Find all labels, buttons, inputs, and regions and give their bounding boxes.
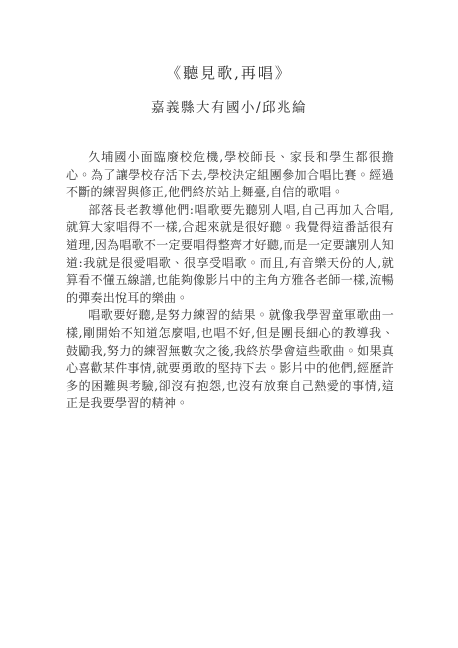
paragraph: 部落長老教導他們:唱歌要先聽別人唱,自己再加入合唱,就算大家唱得不一樣,合起來就… <box>66 202 394 308</box>
paragraph: 唱歌要好聽,是努力練習的結果。就像我學習童軍歌曲一樣,剛開始不知道怎麼唱,也唱不… <box>66 307 394 413</box>
paragraph: 久埔國小面臨廢校危機,學校師長、家長和學生都很擔心。為了讓學校存活下去,學校決定… <box>66 149 394 202</box>
author-line: 嘉義縣大有國小/邱兆綸 <box>0 96 458 116</box>
document-body: 久埔國小面臨廢校危機,學校師長、家長和學生都很擔心。為了讓學校存活下去,學校決定… <box>66 149 394 413</box>
document-page: 《聽見歌,再唱》 嘉義縣大有國小/邱兆綸 久埔國小面臨廢校危機,學校師長、家長和… <box>0 0 458 648</box>
page-title: 《聽見歌,再唱》 <box>0 0 458 83</box>
